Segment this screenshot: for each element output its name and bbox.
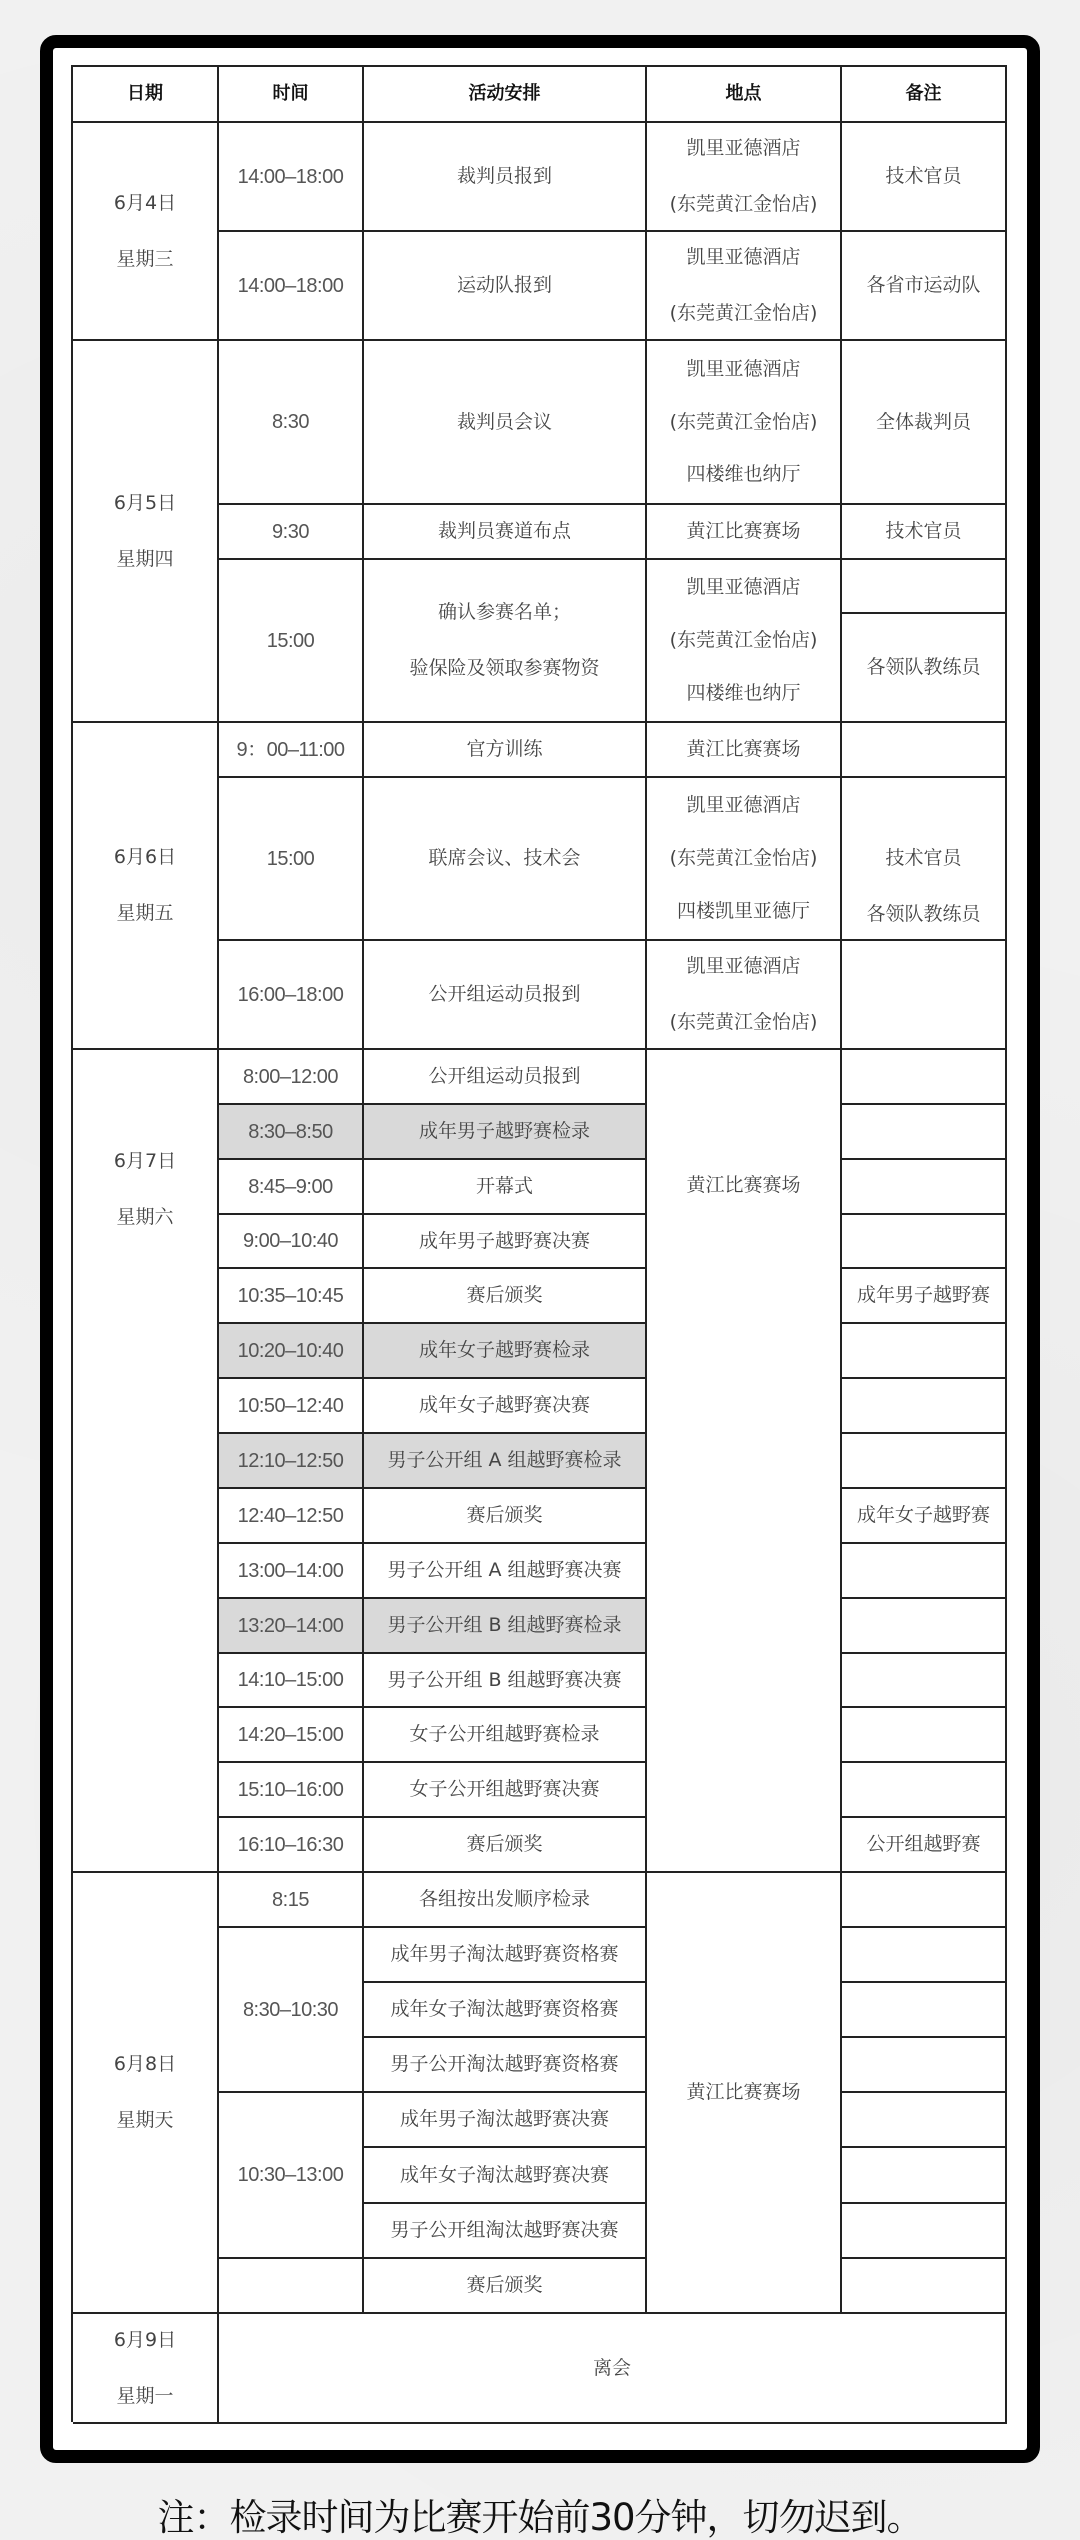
notes-cell (842, 1215, 1007, 1269)
location-cell: 黄江比赛赛场 (647, 1050, 842, 1873)
day-cell-jun4: 6月4日 星期三 (73, 123, 219, 341)
activity-cell: 赛后颁奖 (364, 1818, 647, 1873)
time-cell: 8:30–10:30 (219, 1928, 364, 2093)
activity-cell: 男子公开组淘汰越野赛决赛 (364, 2204, 647, 2259)
notes-cell: 成年女子越野赛 (842, 1489, 1007, 1544)
header-location: 地点 (647, 67, 842, 123)
activity-cell: 公开组运动员报到 (364, 941, 647, 1050)
location-line: (东莞黄江金怡店) (670, 847, 818, 870)
notes-cell (842, 1763, 1007, 1818)
activity-cell: 公开组运动员报到 (364, 1050, 647, 1105)
location-cell: 黄江比赛赛场 (647, 505, 842, 560)
day-cell-jun5: 6月5日 星期四 (73, 341, 219, 723)
notes-cell (842, 1873, 1007, 1928)
time-cell: 8:00–12:00 (219, 1050, 364, 1105)
time-cell: 14:00–18:00 (219, 232, 364, 341)
notes-cell (842, 2093, 1007, 2148)
activity-cell: 确认参赛名单； 验保险及领取参赛物资 (364, 560, 647, 723)
time-cell: 16:00–18:00 (219, 941, 364, 1050)
location-cell: 凯里亚德酒店 (东莞黄江金怡店) 四楼维也纳厅 (647, 560, 842, 723)
notes-cell: 各省市运动队 (842, 232, 1007, 341)
time-cell: 15:00 (219, 560, 364, 723)
notes-cell (842, 2259, 1007, 2314)
footnote: 注：检录时间为比赛开始前30分钟，切勿迟到。 (0, 2487, 1080, 2540)
location-line: (东莞黄江金怡店) (670, 1011, 818, 1034)
activity-cell: 赛后颁奖 (364, 1269, 647, 1324)
location-line: 凯里亚德酒店 (686, 137, 800, 160)
time-cell: 13:00–14:00 (219, 1544, 364, 1599)
activity-cell: 运动队报到 (364, 232, 647, 341)
location-line: (东莞黄江金怡店) (670, 302, 818, 325)
activity-cell: 女子公开组越野赛检录 (364, 1708, 647, 1763)
location-line: (东莞黄江金怡店) (670, 193, 818, 216)
weekday-label: 星期一 (116, 2385, 173, 2408)
notes-line: 各领队教练员 (866, 903, 980, 926)
date-label: 6月4日 (114, 192, 176, 215)
time-cell: 8:30 (219, 341, 364, 505)
location-line: 凯里亚德酒店 (686, 955, 800, 978)
activity-line: 验保险及领取参赛物资 (409, 657, 599, 680)
activity-cell: 成年男子淘汰越野赛决赛 (364, 2093, 647, 2148)
weekday-label: 星期三 (116, 248, 173, 271)
weekday-label: 星期天 (116, 2109, 173, 2132)
location-line: 凯里亚德酒店 (686, 246, 800, 269)
time-cell: 9:30 (219, 505, 364, 560)
activity-cell: 成年女子越野赛决赛 (364, 1379, 647, 1434)
notes-cell: 公开组越野赛 (842, 1818, 1007, 1873)
time-cell: 14:20–15:00 (219, 1708, 364, 1763)
location-cell: 凯里亚德酒店 (东莞黄江金怡店) 四楼凯里亚德厅 (647, 778, 842, 941)
header-date: 日期 (73, 67, 219, 123)
weekday-label: 星期四 (116, 548, 173, 571)
location-line: 四楼凯里亚德厅 (677, 900, 810, 923)
time-cell: 9：00–11:00 (219, 723, 364, 778)
activity-cell: 赛后颁奖 (364, 2259, 647, 2314)
location-line: 四楼维也纳厅 (686, 463, 800, 486)
notes-cell (842, 1434, 1007, 1489)
activity-cell: 男子公开组 B 组越野赛检录 (364, 1599, 647, 1654)
notes-cell (842, 1105, 1007, 1160)
location-cell: 黄江比赛赛场 (647, 1873, 842, 2314)
notes-cell: 成年男子越野赛 (842, 1269, 1007, 1324)
activity-cell: 赛后颁奖 (364, 1489, 647, 1544)
notes-cell: 全体裁判员 (842, 341, 1007, 505)
date-label: 6月7日 (114, 1150, 176, 1173)
weekday-label: 星期五 (116, 902, 173, 925)
time-cell: 10:30–13:00 (219, 2093, 364, 2259)
header-activity: 活动安排 (364, 67, 647, 123)
location-cell: 凯里亚德酒店 (东莞黄江金怡店) (647, 941, 842, 1050)
notes-line: 技术官员 (885, 847, 961, 870)
location-line: 凯里亚德酒店 (686, 358, 800, 381)
notes-cell (842, 2038, 1007, 2093)
activity-cell: 男子公开组 A 组越野赛检录 (364, 1434, 647, 1489)
time-cell: 14:00–18:00 (219, 123, 364, 232)
activity-cell: 成年女子淘汰越野赛资格赛 (364, 1983, 647, 2038)
activity-cell: 男子公开组 A 组越野赛决赛 (364, 1544, 647, 1599)
activity-cell: 裁判员会议 (364, 341, 647, 505)
notes-cell (842, 1324, 1007, 1379)
time-cell: 10:35–10:45 (219, 1269, 364, 1324)
date-label: 6月5日 (114, 492, 176, 515)
notes-cell (842, 1599, 1007, 1654)
day-cell-jun6: 6月6日 星期五 (73, 723, 219, 1050)
location-line: (东莞黄江金怡店) (670, 411, 818, 434)
location-cell: 黄江比赛赛场 (647, 723, 842, 778)
header-notes: 备注 (842, 67, 1007, 123)
activity-cell: 裁判员赛道布点 (364, 505, 647, 560)
header-time: 时间 (219, 67, 364, 123)
notes-cell (842, 941, 1007, 1050)
location-cell: 凯里亚德酒店 (东莞黄江金怡店) (647, 123, 842, 232)
notes-cell (842, 1928, 1007, 1983)
time-cell: 14:10–15:00 (219, 1654, 364, 1708)
notes-cell (842, 1544, 1007, 1599)
notes-cell: 各领队教练员 (842, 614, 1007, 723)
activity-cell: 男子公开淘汰越野赛资格赛 (364, 2038, 647, 2093)
day-cell-jun7: 6月7日 星期六 (73, 1050, 219, 1873)
date-label: 6月9日 (114, 2329, 176, 2352)
notes-cell (842, 1708, 1007, 1763)
activity-cell-departure: 离会 (219, 2314, 1007, 2424)
notes-cell: 技术官员 (842, 505, 1007, 560)
notes-cell (842, 1983, 1007, 2038)
time-cell: 13:20–14:00 (219, 1599, 364, 1654)
notes-cell (842, 1050, 1007, 1105)
location-line: 凯里亚德酒店 (686, 576, 800, 599)
weekday-label: 星期六 (116, 1206, 173, 1229)
time-cell: 15:10–16:00 (219, 1763, 364, 1818)
activity-cell: 男子公开组 B 组越野赛决赛 (364, 1654, 647, 1708)
time-cell (219, 2259, 364, 2314)
activity-cell: 成年男子越野赛检录 (364, 1105, 647, 1160)
activity-cell: 各组按出发顺序检录 (364, 1873, 647, 1928)
notes-cell (842, 723, 1007, 778)
activity-cell: 官方训练 (364, 723, 647, 778)
notes-cell: 技术官员 (842, 123, 1007, 232)
time-cell: 10:20–10:40 (219, 1324, 364, 1379)
activity-cell: 成年女子淘汰越野赛决赛 (364, 2148, 647, 2204)
notes-cell (842, 2148, 1007, 2204)
day-cell-jun8: 6月8日 星期天 (73, 1873, 219, 2314)
location-line: 四楼维也纳厅 (686, 682, 800, 705)
location-line: (东莞黄江金怡店) (670, 629, 818, 652)
time-cell: 12:40–12:50 (219, 1489, 364, 1544)
notes-cell (842, 1654, 1007, 1708)
activity-cell: 联席会议、技术会 (364, 778, 647, 941)
day-cell-jun9: 6月9日 星期一 (73, 2314, 219, 2424)
activity-cell: 开幕式 (364, 1160, 647, 1215)
notes-cell (842, 1379, 1007, 1434)
time-cell: 9:00–10:40 (219, 1215, 364, 1269)
time-cell: 8:45–9:00 (219, 1160, 364, 1215)
time-cell: 16:10–16:30 (219, 1818, 364, 1873)
schedule-table: 日期 时间 活动安排 地点 备注 6月4日 星期三 14:00–18:00 裁判… (71, 65, 1007, 2422)
location-cell: 凯里亚德酒店 (东莞黄江金怡店) 四楼维也纳厅 (647, 341, 842, 505)
time-cell: 10:50–12:40 (219, 1379, 364, 1434)
notes-cell-empty (842, 560, 1007, 614)
date-label: 6月6日 (114, 846, 176, 869)
location-line: 凯里亚德酒店 (686, 794, 800, 817)
notes-cell (842, 2204, 1007, 2259)
notes-cell: 技术官员 各领队教练员 (842, 778, 1007, 941)
date-label: 6月8日 (114, 2053, 176, 2076)
time-cell: 15:00 (219, 778, 364, 941)
activity-cell: 成年女子越野赛检录 (364, 1324, 647, 1379)
activity-line: 确认参赛名单； (438, 601, 571, 624)
location-cell: 凯里亚德酒店 (东莞黄江金怡店) (647, 232, 842, 341)
notes-cell (842, 1160, 1007, 1215)
activity-cell: 裁判员报到 (364, 123, 647, 232)
time-cell: 12:10–12:50 (219, 1434, 364, 1489)
activity-cell: 成年男子越野赛决赛 (364, 1215, 647, 1269)
activity-cell: 成年男子淘汰越野赛资格赛 (364, 1928, 647, 1983)
time-cell: 8:15 (219, 1873, 364, 1928)
activity-cell: 女子公开组越野赛决赛 (364, 1763, 647, 1818)
time-cell: 8:30–8:50 (219, 1105, 364, 1160)
